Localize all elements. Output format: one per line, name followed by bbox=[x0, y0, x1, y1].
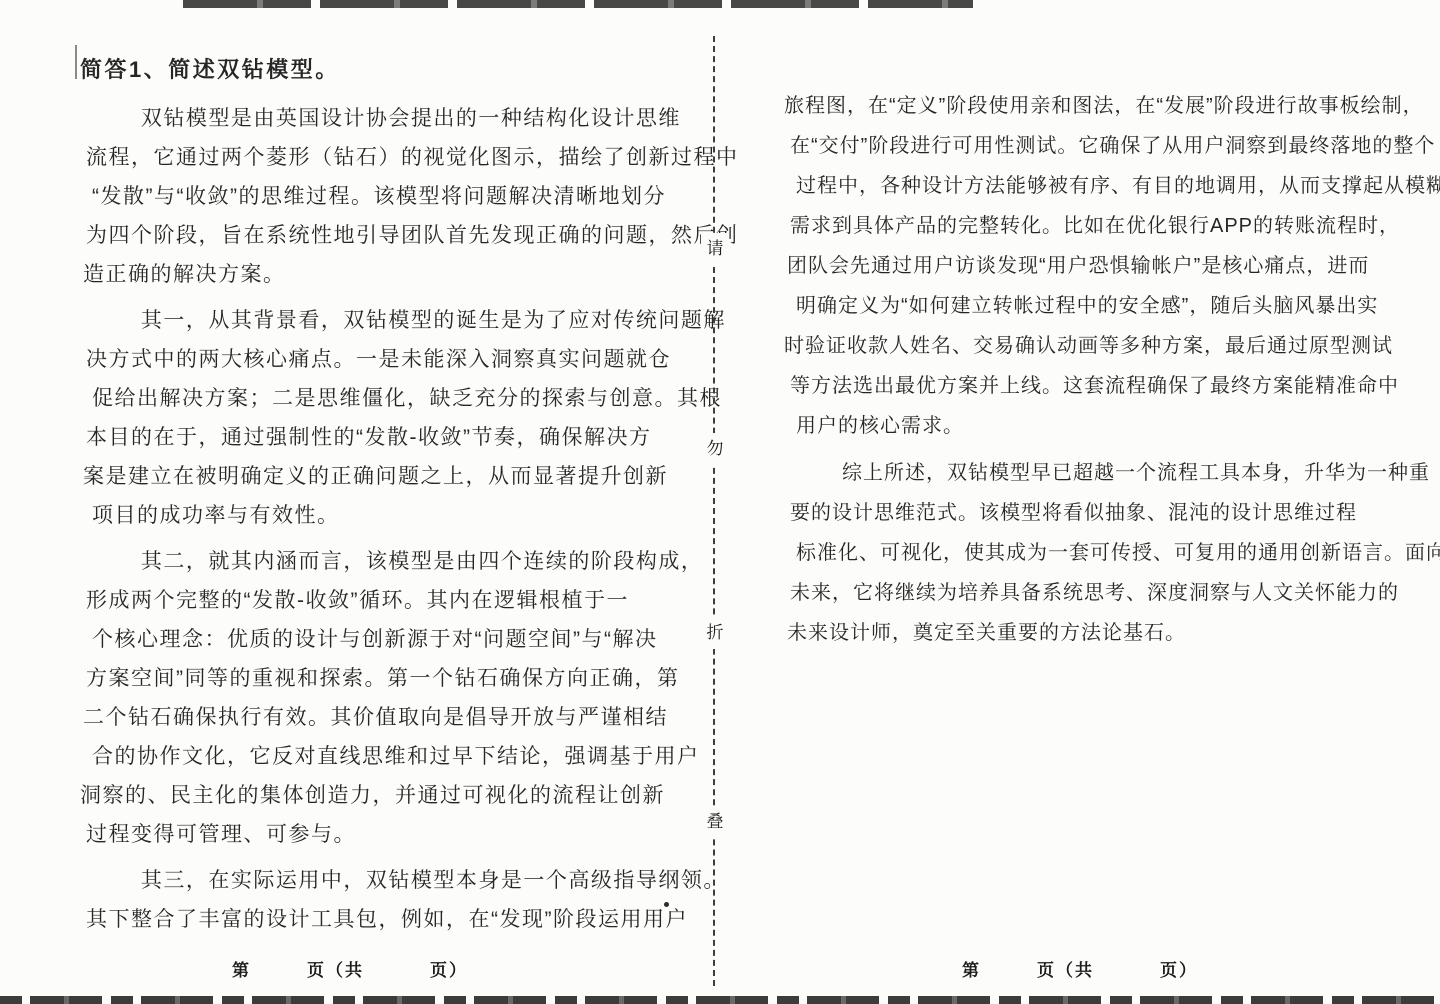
left-page-text: 简答1、简述双钻模型。 双钻模型是由英国设计协会提出的一种结构化设计思维流程，它… bbox=[80, 48, 720, 939]
text-line: 项目的成功率与有效性。 bbox=[80, 496, 720, 535]
text-line: 明确定义为“如何建立转帐过程中的安全感”，随后头脑风暴出实 bbox=[784, 286, 1420, 326]
text-line: 过程中，各种设计方法能够被有序、有目的地调用，从而支撑起从模糊 bbox=[784, 166, 1420, 206]
text-line: 团队会先通过用户访谈发现“用户恐惧输帐户”是核心痛点，进而 bbox=[784, 246, 1420, 286]
text-line: 其三，在实际运用中，双钻模型本身是一个高级指导纲领。 bbox=[80, 861, 720, 900]
paragraph: 其三，在实际运用中，双钻模型本身是一个高级指导纲领。其下整合了丰富的设计工具包，… bbox=[80, 861, 720, 939]
text-line: 其一，从其背景看，双钻模型的诞生是为了应对传统问题解 bbox=[80, 301, 720, 340]
text-line: 过程变得可管理、可参与。 bbox=[80, 815, 720, 854]
footer-segment: 页） bbox=[430, 956, 468, 981]
text-line: 旅程图，在“定义”阶段使用亲和图法，在“发展”阶段进行故事板绘制， bbox=[784, 86, 1420, 126]
answer-sheet-scan: 简答1、简述双钻模型。 双钻模型是由英国设计协会提出的一种结构化设计思维流程，它… bbox=[0, 0, 1440, 1004]
text-line: 本目的在于，通过强制性的“发散-收敛”节奏，确保解决方 bbox=[80, 418, 720, 457]
text-line: 未来设计师，奠定至关重要的方法论基石。 bbox=[784, 613, 1420, 653]
paragraph: 综上所述，双钻模型早已超越一个流程工具本身，升华为一种重要的设计思维范式。该模型… bbox=[784, 453, 1420, 653]
footer-segment: 页） bbox=[1160, 956, 1198, 981]
text-line: 用户的核心需求。 bbox=[784, 406, 1420, 446]
text-line: 形成两个完整的“发散-收敛”循环。其内在逻辑根植于一 bbox=[80, 581, 720, 620]
right-page-text: 旅程图，在“定义”阶段使用亲和图法，在“发展”阶段进行故事板绘制，在“交付”阶段… bbox=[784, 86, 1420, 653]
text-line: 需求到具体产品的完整转化。比如在优化银行APP的转账流程时， bbox=[784, 206, 1420, 246]
footer-segment: 第 bbox=[232, 956, 251, 981]
text-line: 二个钻石确保执行有效。其价值取向是倡导开放与严谨相结 bbox=[80, 698, 720, 737]
text-line: 综上所述，双钻模型早已超越一个流程工具本身，升华为一种重 bbox=[784, 453, 1420, 493]
right-page-paragraphs: 旅程图，在“定义”阶段使用亲和图法，在“发展”阶段进行故事板绘制，在“交付”阶段… bbox=[784, 86, 1420, 653]
text-line: 其二，就其内涵而言，该模型是由四个连续的阶段构成， bbox=[80, 542, 720, 581]
fold-char-wu: 勿 bbox=[701, 433, 729, 465]
left-page-paragraphs: 双钻模型是由英国设计协会提出的一种结构化设计思维流程，它通过两个菱形（钻石）的视… bbox=[80, 99, 720, 939]
fold-char-qing: 请 bbox=[701, 233, 729, 265]
footer-segment: 页（共 bbox=[1037, 956, 1094, 981]
question-title: 简答1、简述双钻模型。 bbox=[80, 48, 720, 92]
text-line: 标准化、可视化，使其成为一套可传授、可复用的通用创新语言。面向 bbox=[784, 533, 1420, 573]
fold-char-zhe: 折 bbox=[701, 617, 729, 649]
text-line: 个核心理念：优质的设计与创新源于对“问题空间”与“解决 bbox=[80, 620, 720, 659]
paragraph: 其一，从其背景看，双钻模型的诞生是为了应对传统问题解决方式中的两大核心痛点。一是… bbox=[80, 301, 720, 535]
text-line: 在“交付”阶段进行可用性测试。它确保了从用户洞察到最终落地的整个 bbox=[784, 126, 1420, 166]
scan-artifact-bottom bbox=[0, 996, 1440, 1004]
text-line: 案是建立在被明确定义的正确问题之上，从而显著提升创新 bbox=[80, 457, 720, 496]
footer-segment: 第 bbox=[962, 956, 981, 981]
text-line: 造正确的解决方案。 bbox=[80, 255, 720, 294]
paragraph: 旅程图，在“定义”阶段使用亲和图法，在“发展”阶段进行故事板绘制，在“交付”阶段… bbox=[784, 86, 1420, 446]
page-footer-right: 第页（共页） bbox=[962, 956, 1198, 980]
scan-artifact-top bbox=[183, 0, 973, 8]
fold-dashed-line bbox=[713, 36, 715, 986]
text-line: “发散”与“收敛”的思维过程。该模型将问题解决清晰地划分 bbox=[80, 177, 720, 216]
text-line: 方案空间”同等的重视和探索。第一个钻石确保方向正确，第 bbox=[80, 659, 720, 698]
footer-segment: 页（共 bbox=[307, 956, 364, 981]
text-line: 合的协作文化，它反对直线思维和过早下结论，强调基于用户 bbox=[80, 737, 720, 776]
paragraph: 双钻模型是由英国设计协会提出的一种结构化设计思维流程，它通过两个菱形（钻石）的视… bbox=[80, 99, 720, 294]
text-line: 流程，它通过两个菱形（钻石）的视觉化图示，描绘了创新过程中 bbox=[80, 138, 720, 177]
text-line: 要的设计思维范式。该模型将看似抽象、混沌的设计思维过程 bbox=[784, 493, 1420, 533]
fold-char-die: 叠 bbox=[701, 806, 729, 838]
margin-line bbox=[75, 45, 77, 79]
text-line: 双钻模型是由英国设计协会提出的一种结构化设计思维 bbox=[80, 99, 720, 138]
text-line: 未来，它将继续为培养具备系统思考、深度洞察与人文关怀能力的 bbox=[784, 573, 1420, 613]
text-line: 洞察的、民主化的集体创造力，并通过可视化的流程让创新 bbox=[80, 776, 720, 815]
text-line: 等方法选出最优方案并上线。这套流程确保了最终方案能精准命中 bbox=[784, 366, 1420, 406]
text-line: 为四个阶段，旨在系统性地引导团队首先发现正确的问题，然后创 bbox=[80, 216, 720, 255]
page-footer-left: 第页（共页） bbox=[232, 956, 468, 980]
text-line: 时验证收款人姓名、交易确认动画等多种方案，最后通过原型测试 bbox=[784, 326, 1420, 366]
paragraph: 其二，就其内涵而言，该模型是由四个连续的阶段构成，形成两个完整的“发散-收敛”循… bbox=[80, 542, 720, 854]
text-line: 促给出解决方案；二是思维僵化，缺乏充分的探索与创意。其根 bbox=[80, 379, 720, 418]
text-line: 决方式中的两大核心痛点。一是未能深入洞察真实问题就仓 bbox=[80, 340, 720, 379]
text-line: 其下整合了丰富的设计工具包，例如，在“发现”阶段运用用户 bbox=[80, 900, 720, 939]
